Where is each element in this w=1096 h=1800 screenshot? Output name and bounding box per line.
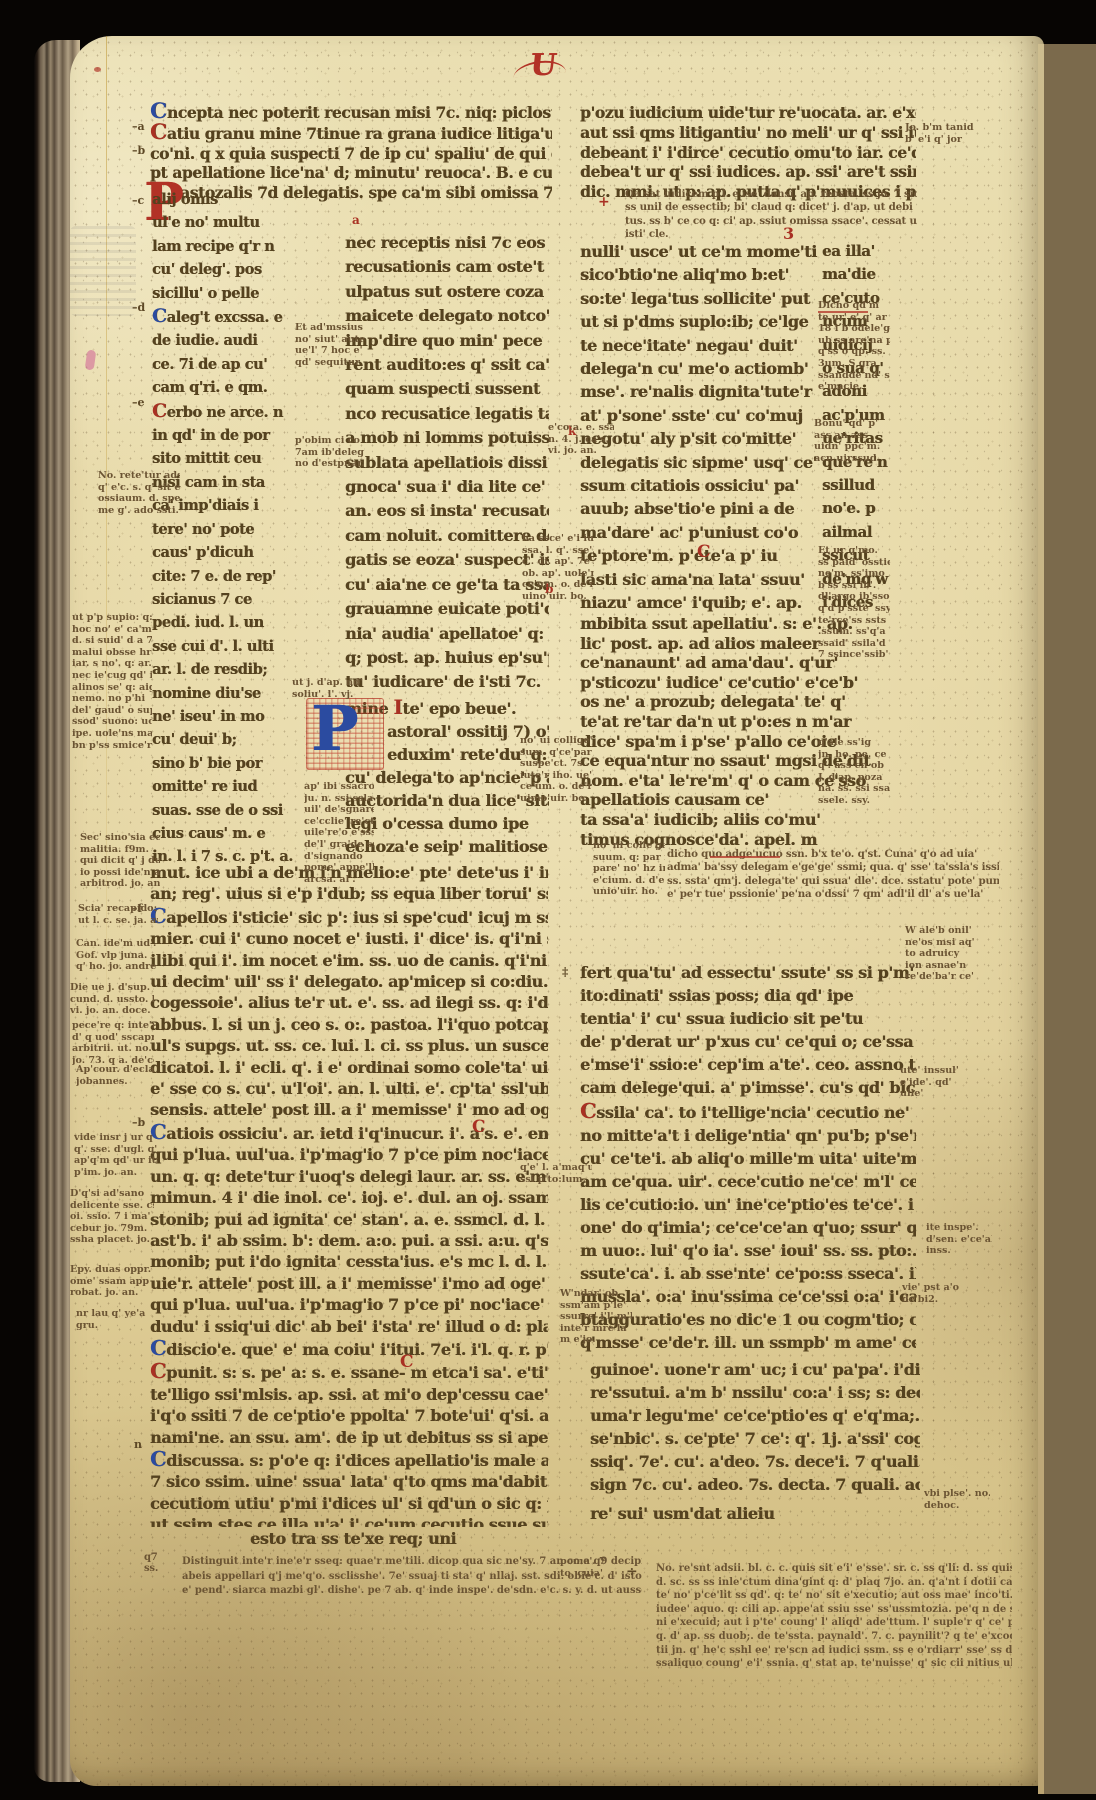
text-line: Cerbo ne arce. n (152, 400, 298, 424)
text-line: n. 4. j. ca's. e'p. (548, 434, 614, 446)
text-line: debeant i' i'dirce' cecutio omu'to iar. … (580, 143, 916, 163)
text-line: Qa sat iudicem p'l. e'ise' dansi. ap. re… (625, 188, 917, 201)
text-line: q' ho. jo. andree (76, 961, 156, 973)
text-line: cogessoie'. alius te'r ut. e'. ss. ad il… (150, 992, 548, 1013)
text-line: ne'os msi aq' (905, 937, 977, 949)
margin-note: Sec' sino'sia ectmalitia. f9m.qui dicit … (80, 832, 160, 890)
text-line: 18 i b'odele'goc' (818, 323, 890, 335)
text-line: os ne' a prozub; delegata' te' q' (580, 692, 916, 712)
text-line: stonib; pui ad ignita' ce' stan'. a. e. … (150, 1209, 548, 1230)
text-line: abeis appellari q'j me'q'o. ssclisshe'. … (182, 1570, 642, 1585)
text-line: ome' ssam app (70, 1276, 154, 1288)
text-line: p'ozu iudicium uide'tur re'uocata. ar. e… (580, 103, 916, 123)
text-line: nulli' usce' ut ce'm mome'ti (580, 240, 820, 263)
text-line: ub ss are'na p' (818, 335, 890, 347)
center-column-upper: nec receptis nisi 7c eosrecusationis cam… (345, 231, 549, 697)
text-line: ui decim' uil' ss i' delegato. ap'micep … (150, 971, 548, 992)
text-line: q; post. ap. huius ep'su'p (345, 646, 549, 670)
gutter-note: ut j. d'ap. nd'soliu'. l'. vj. (292, 677, 362, 700)
text-line: ob. ap'. uole'ns (522, 568, 594, 580)
margin-letter-c: –c (132, 194, 144, 207)
text-line: Et ur q'mo. (818, 545, 890, 557)
text-line: ni e'xecuid; aut i p'te' coung' l' aliqd… (656, 1616, 1012, 1630)
text-line: lasti sic ama'na lata' ssuu' (580, 568, 820, 591)
text-line: Bonu' qd' p' (814, 418, 886, 430)
text-line: sum. q'ce'par ju (520, 747, 592, 759)
text-line: sensis. attele' post ill. a i' memisse' … (150, 1099, 548, 1120)
text-line: ss paid' osstio (818, 557, 890, 569)
gutter-note: W'ndar' obssm'am p'le'ssurre' i'l' m'le'… (560, 1288, 632, 1346)
column-end-line: esto tra ss te'xe req; uni (250, 1528, 456, 1549)
text-line: grauamne euicate poti'ct (345, 597, 549, 621)
text-line: ilibi qui i'. im nocet e'im. ss. uo de c… (150, 950, 548, 971)
text-line: caus' p'dicuh (152, 541, 298, 564)
text-line: ue'l' 7 hoc e' (295, 345, 365, 357)
text-line: imp'dire quo min' pece (345, 329, 549, 353)
text-line: sico'btio'ne aliq'mo b:et' (580, 263, 820, 286)
text-line: dicho quo adge'ucuo ssn. b'x te'o. q'st.… (667, 848, 999, 861)
text-line: ailmal (822, 521, 914, 544)
text-line: robat. jo. an. (70, 1287, 154, 1299)
margin-letter-a: –a (132, 120, 145, 133)
manuscript-page: U Cncepta nec poterit recusan misi 7c. n… (70, 36, 1044, 1786)
margin-note: vie' pst a'ode'bi2. (902, 1282, 968, 1305)
text-line: me g'. ado ssti. jo. (98, 505, 180, 517)
text-line: 7 sico ssim. uine' ssua' lata' q'to qms … (150, 1471, 548, 1492)
margin-note: Jo. b'm tanidb' e'i q' jor (905, 122, 985, 145)
text-line: lis ce'cutio:io. un' ine'ce'ptio'es te'c… (580, 1193, 916, 1216)
text-line: dl'argo ib'sso (818, 591, 890, 603)
text-line: tu' iudicare' de i'sti 7c. (345, 670, 549, 694)
text-line: uimo'uir. bo. (520, 793, 592, 805)
text-line: Et ad'mssius (295, 322, 365, 334)
text-line: q'. sse. d'ugl. q' (74, 1144, 158, 1156)
text-line: qui p'lua. uul'ua. i'p'mag'io 7 p'ce pi'… (150, 1294, 548, 1315)
text-line: nco recusatice legatis ta' (345, 402, 549, 426)
text-line: quam suspecti sussent (345, 377, 549, 401)
text-line: ssandde'nd' ss (818, 370, 890, 382)
text-line: suspe'ct. 7s'. ap (520, 758, 592, 770)
text-line: ce'cclie' re'cta (304, 816, 374, 828)
text-line: del' gaud' o suplr (72, 705, 152, 717)
text-line: ipe. uole'ns ma' (72, 728, 152, 740)
margin-note: D'q'si ad'sanodelicente sse. cstoi. ssio… (70, 1188, 154, 1246)
text-line: d. sc. ss ss inle'ctum dina'gint q: d' p… (656, 1576, 1012, 1590)
text-line: Dicho qd'm (818, 300, 890, 312)
text-line: ssele. ssy. (818, 795, 890, 807)
text-line: Gof. vlp juna. (76, 950, 156, 962)
text-line: inss. (926, 1245, 992, 1257)
text-line: No. rete'tur adsli (98, 470, 180, 482)
text-line: co'ni. q x quia suspecti 7 de ip cu' spa… (150, 144, 552, 164)
text-line: aut ssi qms litigantiu' no meli' ur q' s… (580, 123, 916, 143)
dagger-mark-icon: ÷ (626, 1564, 638, 1580)
text-line: ma'die (822, 263, 914, 286)
bottom-gloss-right: No. re'snt adsii. bl. c. c. quis sit e'i… (656, 1562, 1012, 1671)
text-line: jobannes. (76, 1076, 156, 1088)
text-line: recusationis cam oste't (345, 255, 549, 279)
text-line: nia' audia' apellatoe' q: (345, 622, 549, 646)
text-line: ss unil de essectib; bi' claud q: dicet'… (625, 201, 917, 214)
text-line: ap'q'm qd' ur ita n (74, 1155, 158, 1167)
text-line: lam recipe q'r n (152, 235, 298, 258)
text-line: inte'r mre'la (560, 1323, 632, 1335)
text-line: q'. ass cn ob (818, 760, 890, 772)
text-line: maicete delegato notco' (345, 304, 549, 328)
text-line: dehoc. (924, 1500, 990, 1512)
text-line: ssod' suono: uo (72, 716, 152, 728)
margin-note: vide insr j ur qq'. sse. d'ugl. q'ap'q'm… (74, 1132, 158, 1178)
margin-note: pece're q: inte'rd' q uod' sscaprearbitr… (72, 1020, 154, 1066)
text-line: am ce'qua. uir'. cece'cutio ne'ce' m'l' … (580, 1170, 916, 1193)
margin-note: Dicho qd'mte ur' e' q' ar18 i b'odele'go… (818, 300, 890, 393)
wide-left-column: mut. ice ubi a de'm i'n melio:e' pte' de… (150, 862, 548, 1527)
text-line: jn. ho. pe. ce (818, 749, 890, 761)
text-line: nami'ne. an ssu. am'. de ip ut debitus s… (150, 1427, 548, 1448)
text-line: 7am ib'deleg' (295, 447, 365, 459)
text-line: e'macie. (818, 381, 890, 393)
text-line: ssurre' i'l' m'le' (560, 1311, 632, 1323)
text-line: ssute'ca'. i. ab sse'nte' ce'po:ss sseca… (580, 1262, 916, 1285)
red-underline (818, 311, 868, 313)
text-line: delicente sse. cst (70, 1200, 154, 1212)
text-line: sito mittit ceu (152, 447, 298, 470)
text-line: nemo. no p'hi (72, 693, 152, 705)
margin-letter-b: –b (132, 144, 145, 157)
right-column-end-line: re' sui' usm'dat alieiu (590, 1502, 774, 1525)
text-line: astoral' ossitij 7) o'sueue (345, 720, 549, 743)
text-line: Die ue j. d'sup. sta (70, 982, 154, 994)
text-line: e' pe'r tue' pssionie' pe'na o'dssi' 7 q… (667, 888, 999, 901)
text-line: qui p'lua. uul'ua. i'p'mag'io 7 p'ce pim… (150, 1144, 548, 1165)
text-line: alij omis (152, 188, 298, 211)
red-initial-C-mid3: C (472, 1117, 486, 1137)
text-line: debea't ur q' ssi iudices. ap. ssi' are'… (580, 162, 916, 182)
text-line: ssum citatiois ossiciu' pa' (580, 474, 820, 497)
book-fore-edge (1038, 44, 1096, 1794)
margin-note: Bonu' qd' p'ass an assuidn' ppc'm.acn ui… (814, 418, 886, 464)
text-line: uile' (900, 1088, 966, 1100)
text-line: p'im. jo. an. (74, 1167, 158, 1179)
fore-edge-highlight (1038, 44, 1044, 1794)
text-line: Cpunit. s: s. pe' a: s. e. ssane- m etca… (150, 1360, 548, 1383)
text-line: bn p'ss smice're. (72, 740, 152, 752)
text-line: Sec' sino'sia ect (80, 832, 160, 844)
text-line: no'e. p (822, 497, 914, 520)
text-line: pt apellatione lice'na' d; minutu' reuoc… (150, 163, 552, 183)
text-line: ce'um. o. de'r. (522, 579, 594, 591)
text-line: ma'dare' ac' p'uniust co'o (580, 521, 820, 544)
text-line: guinoe'. uone'r am' uc; i cu' pa'pa'. i'… (590, 1358, 920, 1381)
text-line: ssiq'. 7e'. cu'. a'deo. 7s. dece'i. 7 q'… (590, 1450, 920, 1473)
gutter-note: ba ssce' e'i iute'rssa. l. q'. sse'. ali… (522, 533, 594, 603)
text-line: re'de'ba'r ce' (905, 971, 977, 983)
text-line: ap' ibi ssacro (304, 781, 374, 793)
text-line: ute' inssul' (900, 1065, 966, 1077)
gutter-note: no' ui collige'dosum. q'ce'par jususpe'c… (520, 735, 592, 805)
text-line: qd' sequitur (295, 357, 365, 369)
text-line: p'obim ci co (295, 435, 365, 447)
center-column-lower: astoral' ossitij 7) o'sueueeduxim' rete'… (345, 720, 549, 860)
text-line: uidn' ppc'm. (814, 441, 886, 453)
text-line: te'rce'ss ssts (818, 615, 890, 627)
text-line: ce. 7i de ap cu' (152, 353, 298, 376)
text-line: b' e'i q' jor (905, 134, 985, 146)
text-line: q. d' ap. ss duob;. de te'ssta. paynald'… (656, 1630, 1012, 1644)
text-line: nr lau q' ye'a (76, 1308, 156, 1320)
dagger-mark-icon: + (598, 194, 610, 210)
text-line: cius caus' m. e (152, 822, 298, 845)
margin-letter-n: n (134, 1438, 142, 1451)
text-line: ne' iseu' in mo (152, 705, 298, 728)
text-line: uma'r legu'me' ce'ce'ptio'es q' e'q'ma;.… (590, 1404, 920, 1427)
text-line: abbus. l. si un j. ceo s. o:. pastoa. l'… (150, 1014, 548, 1035)
margin-note: Scia' recapido:ut l. c. se. ja. an. (78, 903, 158, 926)
text-line: ul's supgs. ut. ss. ce. lui. l. ci. ss p… (150, 1035, 548, 1056)
text-line: ut l. c. se. ja. an. (78, 915, 158, 927)
text-line: d'signando (304, 851, 374, 863)
text-line: Epy. duas oppr. (70, 1264, 154, 1276)
text-line: vi. jo. an. (548, 445, 614, 457)
margin-note: ut p'p supio: q:hoc no' e' ca'md. si sui… (72, 612, 152, 751)
margin-note: nr lau q' ye'agru. (76, 1308, 156, 1331)
text-line: ba ssce' e'i iute'r (522, 533, 594, 545)
text-line: nec receptis nisi 7c eos (345, 231, 549, 255)
text-line: adma' ba'ssy delegam e'ge'ge' ssmi; qua.… (667, 861, 999, 874)
margin-note: Et ur q'mo.ss paid' osstione'm. ss'imob'… (818, 545, 890, 661)
text-line: echoza'e seip' malitiose (345, 835, 549, 858)
text-line: sicianus 7 ce (152, 588, 298, 611)
pink-ink-smudge (85, 349, 97, 370)
text-line: dicatoi. l. i' ecli. q'. i e' ordinai so… (150, 1057, 548, 1078)
text-line: ast'b. i' ab ssim. b': dem. a:o. pui. a … (150, 1230, 548, 1251)
text-line: m e'jo. (560, 1334, 632, 1346)
text-line: at' p'sone' sste' cu' co'muj (580, 404, 820, 427)
text-line: in qd' in de por (152, 424, 298, 447)
text-line: Catiu granu mine 7tinue ra grana iudice … (150, 123, 552, 144)
margin-note: W ale'b onil'ne'os msi aq'to adruicyion … (905, 925, 977, 983)
bottom-gloss-left: Distinguit inte'r ine'e'r sseq: quae'r m… (182, 1555, 642, 1599)
text-line: ssha placet. jo. (70, 1234, 154, 1246)
text-line: sino b' bie por (152, 752, 298, 775)
text-line: arcsa. al'. (304, 874, 374, 886)
text-line: ul'e no' multu (152, 211, 298, 234)
text-line: Can. ide'm ud'. (76, 938, 156, 950)
text-line: auctorida'n dua lice' sita (345, 789, 549, 812)
text-line: ssaliquo coung' e'i' ssnia. q' stat ap. … (656, 1657, 1012, 1671)
manuscript-photo: U Cncepta nec poterit recusan misi 7c. n… (0, 0, 1096, 1800)
text-line: monib; put i'do ignita' cessta'ius. e's … (150, 1251, 548, 1272)
text-line: delega'n cu' me'o actiomb' (580, 357, 820, 380)
text-line: alinos se' q: aigo (72, 682, 152, 694)
text-line: m uuo:. lui' q'o ia'. sse' ioui' ss. ss.… (580, 1239, 916, 1262)
text-line: d. si suid' d a 7 (72, 635, 152, 647)
text-line: vie' pst a'o (902, 1282, 968, 1294)
text-line: vi. jo. an. doce. (70, 1005, 154, 1017)
text-line: q'ss o qp. ss. (818, 346, 890, 358)
margin-note: Epy. duas oppr.ome' ssam approbat. jo. a… (70, 1264, 154, 1299)
text-line: q'e' l. a'maq'ur (520, 1162, 592, 1174)
text-line: ite inspe'. (926, 1222, 992, 1234)
text-line: negotu' aly p'sit co'mitte' (580, 427, 820, 450)
text-line: 7 ssince'ssib' (818, 649, 890, 661)
text-line: tentia' i' cu' ssua iudicio sit pe'tu (580, 1007, 916, 1030)
text-line: ito:dinati' ssias poss; dia qd' ipe (580, 984, 916, 1007)
text-line: Cdiscussa. s: p'o'e q: i'dices apellatio… (150, 1448, 548, 1471)
text-line: one' do q'imia'; ce'ce'ce'an q'uo; ssur'… (580, 1216, 916, 1239)
text-line: Cdiscio'e. que' e' ma coiu' i'itui. 7e'i… (150, 1337, 548, 1360)
text-line: p'sticozu' iudice' ce'cutio' e'ce'b' (580, 673, 916, 693)
text-line: dudu' i ssiq'ui dic' ab bei' i'sta' re' … (150, 1316, 548, 1337)
text-line: sign 7c. cu'. adeo. 7s. decta. 7 quali. … (590, 1473, 920, 1496)
text-line: auub; abse'tio'e pini a de (580, 497, 820, 520)
red-ink-dot (94, 67, 101, 72)
text-line: ass an ass (814, 430, 886, 442)
text-line: arbitrod. jo. an. (80, 878, 160, 890)
margin-note: Ap'cour. d'eclajobannes. (76, 1064, 156, 1087)
item-rest: te' epo beue'. (402, 699, 516, 718)
text-line: oi. ssio. 7 i ma' le (70, 1211, 154, 1223)
text-line: Jo. b'm tanid (905, 122, 985, 134)
red-letter-a: a (352, 213, 360, 227)
text-line: i'q'o ssiti 7 de ce'ptio'e ppolta' 7 bot… (150, 1405, 548, 1426)
text-line: te' no' p'ce'lit ss qd'. q: te' no' sit … (656, 1589, 1012, 1603)
text-line: te'at re'tar da'n ut p'o:es n m'ar (580, 712, 916, 732)
text-line: Scia' recapido: (78, 903, 158, 915)
text-line: nec ie'cug qd' in (72, 670, 152, 682)
text-line: hoc no' e' ca'm (72, 624, 152, 636)
interlinear-gloss-a: Qa sat iudicem p'l. e'ise' dansi. ap. re… (625, 188, 917, 242)
paragraph-mark-icon: ‡ (562, 965, 568, 979)
margin-letter-b2: –b (132, 1116, 145, 1129)
text-line: suas. sse de o ssi (152, 799, 298, 822)
text-line: cu' aia'ne ce ge'ta ta ssali (345, 573, 549, 597)
text-line: te'lligo ssi'mlsis. ap. ssi. at mi'o dep… (150, 1384, 548, 1405)
text-line: gru. (76, 1320, 156, 1332)
text-line: 3um. S gra (818, 358, 890, 370)
text-line: gatis se eoza' suspect' isi (345, 548, 549, 572)
text-line: tere' no' pote (152, 518, 298, 541)
gutter-note: q'e' l. a'maq'urssi p'to:lum. (520, 1162, 592, 1185)
text-line: cam delege'qui. a' p'imsse'. cu's qd' bi… (580, 1076, 916, 1099)
text-line: cu' ce'te'i. ab aliq'o mille'm uita' uit… (580, 1147, 916, 1170)
text-line: nomine diu'se (152, 682, 298, 705)
show-through-text (70, 226, 136, 316)
text-line: ulpatus sut ostere coza (345, 280, 549, 304)
margin-note: vbi plse'. no.dehoc. (924, 1488, 990, 1511)
text-line: de'l' gra'de ssi (304, 839, 374, 851)
text-line: ar. l. de resdib; (152, 658, 298, 681)
margin-note: ute' inssul'e'ide'. qd'uile' (900, 1065, 966, 1100)
text-line: ssi p'to:lum. (520, 1174, 592, 1186)
gutter-note: Et ad'mssiusno' siut' auteue'l' 7 hoc e'… (295, 322, 365, 368)
text-line: malitia. f9m. (80, 844, 160, 856)
text-line: e'co:a. e. ssamo (548, 422, 614, 434)
text-line: te nece'itate' negau' duit' (580, 334, 820, 357)
text-line: omitte' re iud (152, 775, 298, 798)
text-line: re'ssutui. a'm b' nssilu' co:a' i ss; s:… (590, 1381, 920, 1404)
text-line: ju. n. ssi sslace' (304, 793, 374, 805)
gutter-note: p'obim ci co7am ib'deleg'no d'estpnar. (295, 435, 365, 470)
text-line: q'd p'sste' ssy (818, 603, 890, 615)
margin-note: Can. ide'm ud'.Gof. vlp juna.q' ho. jo. … (76, 938, 156, 973)
text-line: cebur jo. 79m. (70, 1223, 154, 1235)
text-line: acn uirssud. (814, 453, 886, 465)
text-line: pare' no' hz imp (593, 863, 665, 875)
text-line: W'ndar' ob (560, 1288, 632, 1300)
text-line: tus. ss b' ce co q: ci' ap. ssiut omissa… (625, 215, 917, 228)
text-line: ut p'p supio: q: (72, 612, 152, 624)
text-line: ossiaum. d. spe' (98, 493, 180, 505)
text-line: uino'uir. bo. (522, 591, 594, 603)
red-initial-C-mid: C (697, 542, 711, 562)
running-header-letter: U (528, 48, 558, 83)
text-line: cam noluit. comittere del (345, 524, 549, 548)
text-line: ss. ssta' qm'j. delega'te' qui ssua' dle… (667, 875, 999, 888)
text-line: .ssum. ss'q'a (818, 626, 890, 638)
margin-note: Die ue j. d'sup. stacund. d. ussto. l.vi… (70, 982, 154, 1017)
text-line: de iudie. audi (152, 329, 298, 352)
text-line: iar. s no'. q: ar. to (72, 658, 152, 670)
text-line: cam q'ri. e qm. (152, 376, 298, 399)
text-line: D'q'si ad'sano (70, 1188, 154, 1200)
text-line: uie'r. attele' post ill. a i' memisse' i… (150, 1273, 548, 1294)
text-line: ssaid' ssila'd (818, 638, 890, 650)
text-line: ut si p'dms suplo:ib; ce'lge (580, 310, 820, 333)
text-line: te ur' e' q' ar (818, 312, 890, 324)
text-line: ssm'am p'le' (560, 1300, 632, 1312)
text-line: uil' de'sgnare (304, 804, 374, 816)
text-line: Caleg't excssa. e (152, 305, 298, 329)
text-line: an; reg'. uius si e'p i'dub; ss equa lib… (150, 883, 548, 904)
text-line: mse'. re'nalis dignita'tute'r (580, 380, 820, 403)
text-line: e'mse'i' ssio:e' cep'im a'te'. ceo. assn… (580, 1053, 916, 1076)
text-line: Catiois ossiciu'. ar. ietd i'q'inucur. i… (150, 1121, 548, 1144)
text-line: pece're q: inte'r (72, 1020, 154, 1032)
text-line: uile're'o e'ssst (304, 827, 374, 839)
text-line: e' pend'. siarca mazbi gl'. dishe'. pe 7… (182, 1584, 642, 1599)
text-line: b'ss ssi ib'. (818, 580, 890, 592)
text-line: cu' deleg'. pos (152, 258, 298, 281)
text-line: ta ssa'a' iudicib; aliis co'mu' (580, 810, 916, 830)
text-line: mimun. 4 i' die inol. ce'. ioj. e'. dul.… (150, 1187, 548, 1208)
text-line: vide insr j ur q (74, 1132, 158, 1144)
text-line: io possi ide'n ad (80, 867, 160, 879)
text-line: vbi plse'. no. (924, 1488, 990, 1500)
red-initial-C-mid2: C (400, 1352, 414, 1372)
text-line: ssa. l. q'. sse'. alijs (522, 545, 594, 557)
text-line: ssillud (822, 474, 914, 497)
text-line: de'bi2. (902, 1294, 968, 1306)
text-line: an. eos si insta' recusatois (345, 499, 549, 523)
text-line: un. q. q: dete'tur i'uoq's delegi laur. … (150, 1166, 548, 1187)
text-line: no' siut' aute (295, 334, 365, 346)
text-line: d'sen. e'ce'al. (926, 1234, 992, 1246)
margin-letter-e: –e (132, 396, 145, 409)
text-line: ne'm. ss'imo (818, 568, 890, 580)
text-line: delegatis sic sipme' usq' ce' (580, 451, 820, 474)
narrow-column: alij omisul'e no' multulam recipe q'r nc… (152, 188, 298, 870)
text-line: ce'um. o. de'r. (520, 781, 592, 793)
text-line: a mob ni lomms potuisse (345, 426, 549, 450)
text-line: d' q uod' sscapre (72, 1032, 154, 1044)
gutter-note: no' ni colle'gamsuum. q: par inpare' no'… (593, 840, 665, 898)
text-line: ea illa' (822, 240, 914, 263)
text-line: sicillu' o pelle (152, 282, 298, 305)
text-line: e' sse co s. cu'. u'l'oi'. an. l. ulti. … (150, 1078, 548, 1099)
margin-note: ite inspe'.d'sen. e'ce'al.inss. (926, 1222, 992, 1257)
text-line: q' e'c. s. q' sit eius (98, 482, 180, 494)
